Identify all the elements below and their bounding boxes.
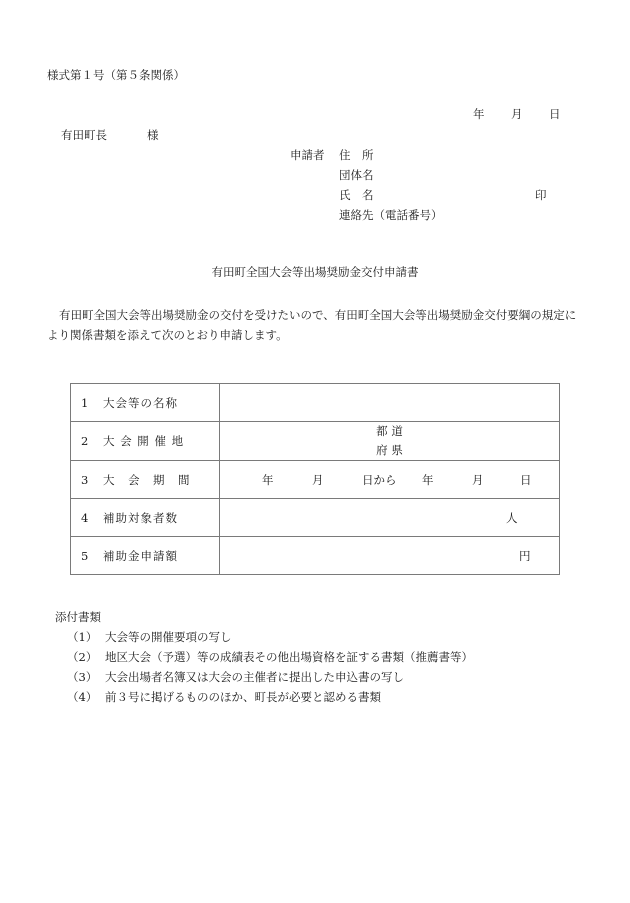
row-label: 3大 会 期 間 [71, 461, 220, 499]
date-line: 年月日 [473, 106, 561, 122]
document-body: 有田町全国大会等出場奨励金の交付を受けたいので、有田町全国大会等出場奨励金交付要… [47, 305, 587, 345]
addressee-name: 有田町長 [61, 128, 107, 142]
attachment-item: （2）地区大会（予選）等の成績表その他出場資格を証する書類（推薦書等） [67, 649, 473, 665]
row-label: 1大会等の名称 [71, 384, 220, 422]
unit-yen: 円 [519, 548, 531, 564]
field-address: 住 所 [339, 147, 374, 163]
unit-people: 人 [506, 510, 518, 526]
table-row: 2大 会 開 催 地 都 道 府 県 [71, 422, 560, 461]
application-table: 1大会等の名称 2大 会 開 催 地 都 道 府 県 3大 会 期 間 年 月 … [70, 383, 560, 575]
date-month: 月 [511, 106, 549, 122]
field-organization: 団体名 [339, 167, 374, 183]
row-label: 4補助対象者数 [71, 499, 220, 537]
field-name: 氏 名 [339, 187, 374, 203]
attachment-item: （1）大会等の開催要項の写し [67, 629, 232, 645]
participant-count-value[interactable]: 人 [220, 499, 560, 537]
form-number: 様式第１号（第５条関係） [47, 67, 185, 83]
venue-value[interactable]: 都 道 府 県 [220, 422, 560, 461]
document-title: 有田町全国大会等出場奨励金交付申請書 [0, 264, 630, 280]
attachment-item: （3）大会出場者名簿又は大会の主催者に提出した申込書の写し [67, 669, 404, 685]
honorific: 様 [147, 128, 159, 142]
date-day: 日 [549, 106, 561, 122]
row-label: 2大 会 開 催 地 [71, 422, 220, 461]
requested-amount-value[interactable]: 円 [220, 537, 560, 575]
applicant-label: 申請者 [290, 147, 325, 163]
table-row: 4補助対象者数 人 [71, 499, 560, 537]
addressee: 有田町長様 [61, 127, 159, 143]
date-year: 年 [473, 106, 511, 122]
table-row: 1大会等の名称 [71, 384, 560, 422]
row-label: 5補助金申請額 [71, 537, 220, 575]
seal-mark: 印 [535, 187, 547, 203]
table-row: 5補助金申請額 円 [71, 537, 560, 575]
attachments-title: 添付書類 [55, 609, 101, 625]
attachment-item: （4）前３号に掲げるもののほか、町長が必要と認める書類 [67, 689, 381, 705]
prefecture-suffix: 都 道 府 県 [220, 422, 559, 460]
table-row: 3大 会 期 間 年 月 日から 年 月 日 [71, 461, 560, 499]
event-name-value[interactable] [220, 384, 560, 422]
event-period-value[interactable]: 年 月 日から 年 月 日 [220, 461, 560, 499]
field-contact: 連絡先（電話番号） [339, 207, 443, 223]
